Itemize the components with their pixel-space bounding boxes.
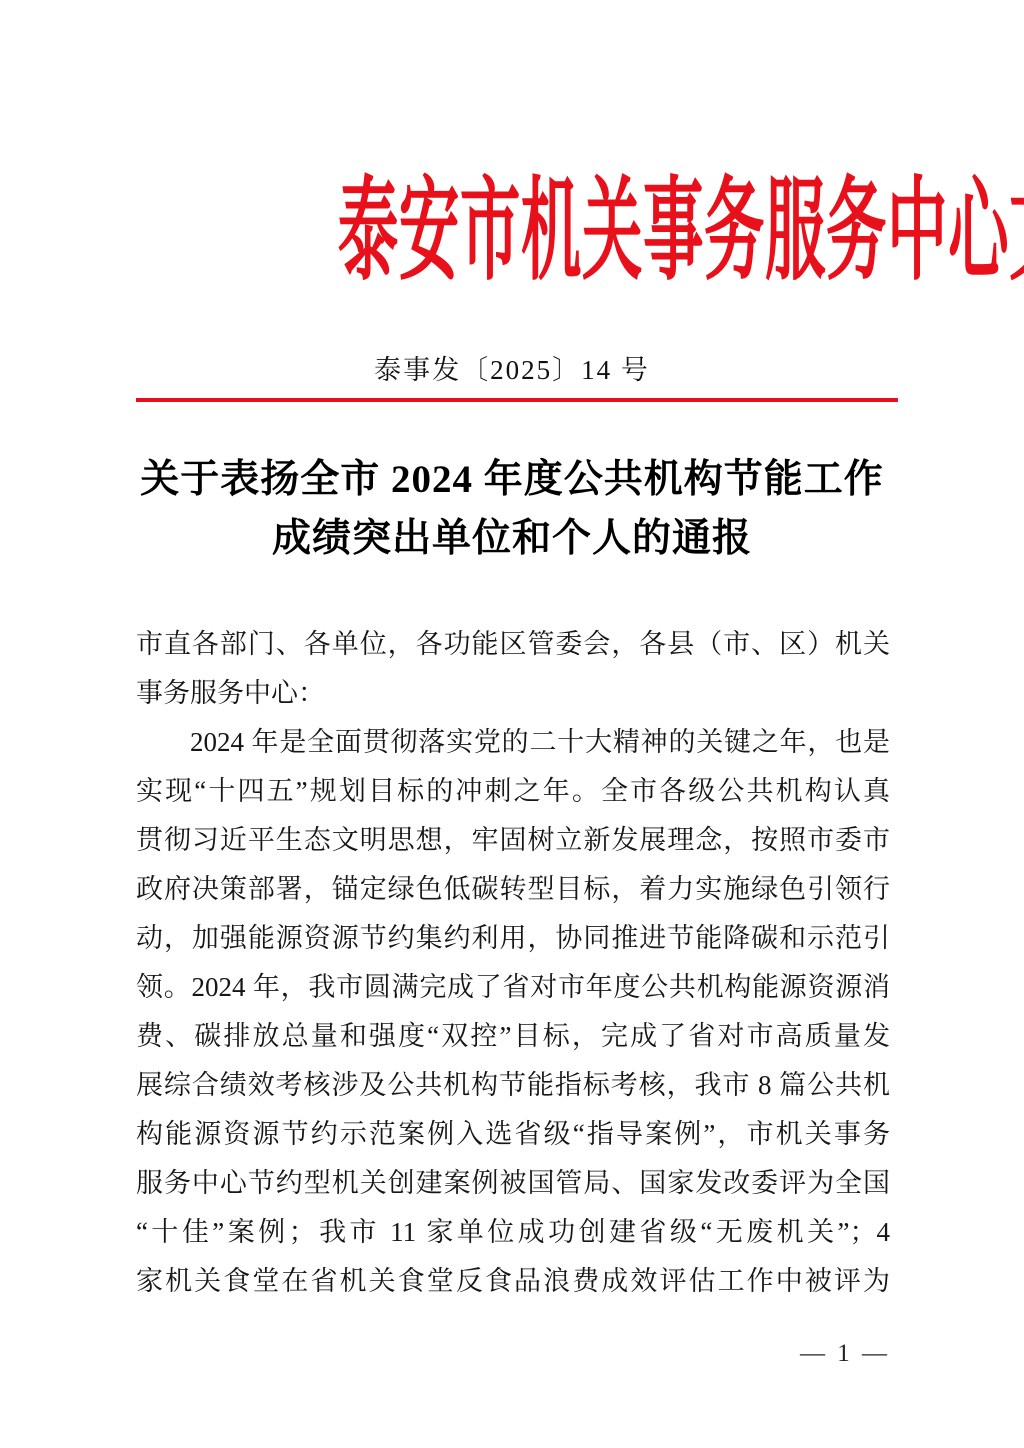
body-line: 2024 年是全面贯彻落实党的二十大精神的关键之年，也是 — [136, 718, 890, 767]
body-line: 服务中心节约型机关创建案例被国管局、国家发改委评为全国 — [136, 1159, 890, 1208]
document-title: 关于表扬全市 2024 年度公共机构节能工作 成绩突出单位和个人的通报 — [0, 450, 1024, 568]
body-line: 动，加强能源资源节约集约利用，协同推进节能降碳和示范引 — [136, 914, 890, 963]
document-body: 市直各部门、各单位，各功能区管委会，各县（市、区）机关 事务服务中心： 2024… — [136, 620, 890, 1306]
salutation-line: 事务服务中心： — [136, 669, 890, 718]
document-title-line2: 成绩突出单位和个人的通报 — [0, 509, 1024, 568]
body-line: “十佳”案例；我市 11 家单位成功创建省级“无废机关”；4 — [136, 1208, 890, 1257]
red-letterhead: 泰安市机关事务服务中心文件 — [0, 172, 1024, 302]
body-line: 展综合绩效考核涉及公共机构节能指标考核，我市 8 篇公共机 — [136, 1061, 890, 1110]
red-separator-rule — [136, 398, 898, 402]
page-number: — 1 — — [800, 1340, 890, 1368]
salutation-line: 市直各部门、各单位，各功能区管委会，各县（市、区）机关 — [136, 620, 890, 669]
body-line: 政府决策部署，锚定绿色低碳转型目标，着力实施绿色引领行 — [136, 865, 890, 914]
body-line: 费、碳排放总量和强度“双控”目标，完成了省对市高质量发 — [136, 1012, 890, 1061]
body-line: 家机关食堂在省机关食堂反食品浪费成效评估工作中被评为 — [136, 1257, 890, 1306]
letterhead-text: 泰安市机关事务服务中心文件 — [338, 172, 1024, 292]
body-line: 贯彻习近平生态文明思想，牢固树立新发展理念，按照市委市 — [136, 816, 890, 865]
body-line: 实现“十四五”规划目标的冲刺之年。全市各级公共机构认真 — [136, 767, 890, 816]
document-title-line1: 关于表扬全市 2024 年度公共机构节能工作 — [0, 450, 1024, 509]
body-line: 构能源资源节约示范案例入选省级“指导案例”，市机关事务 — [136, 1110, 890, 1159]
document-page: 泰安市机关事务服务中心文件 泰事发〔2025〕14 号 关于表扬全市 2024 … — [0, 0, 1024, 1448]
document-number: 泰事发〔2025〕14 号 — [0, 348, 1024, 387]
body-line: 领。2024 年，我市圆满完成了省对市年度公共机构能源资源消 — [136, 963, 890, 1012]
